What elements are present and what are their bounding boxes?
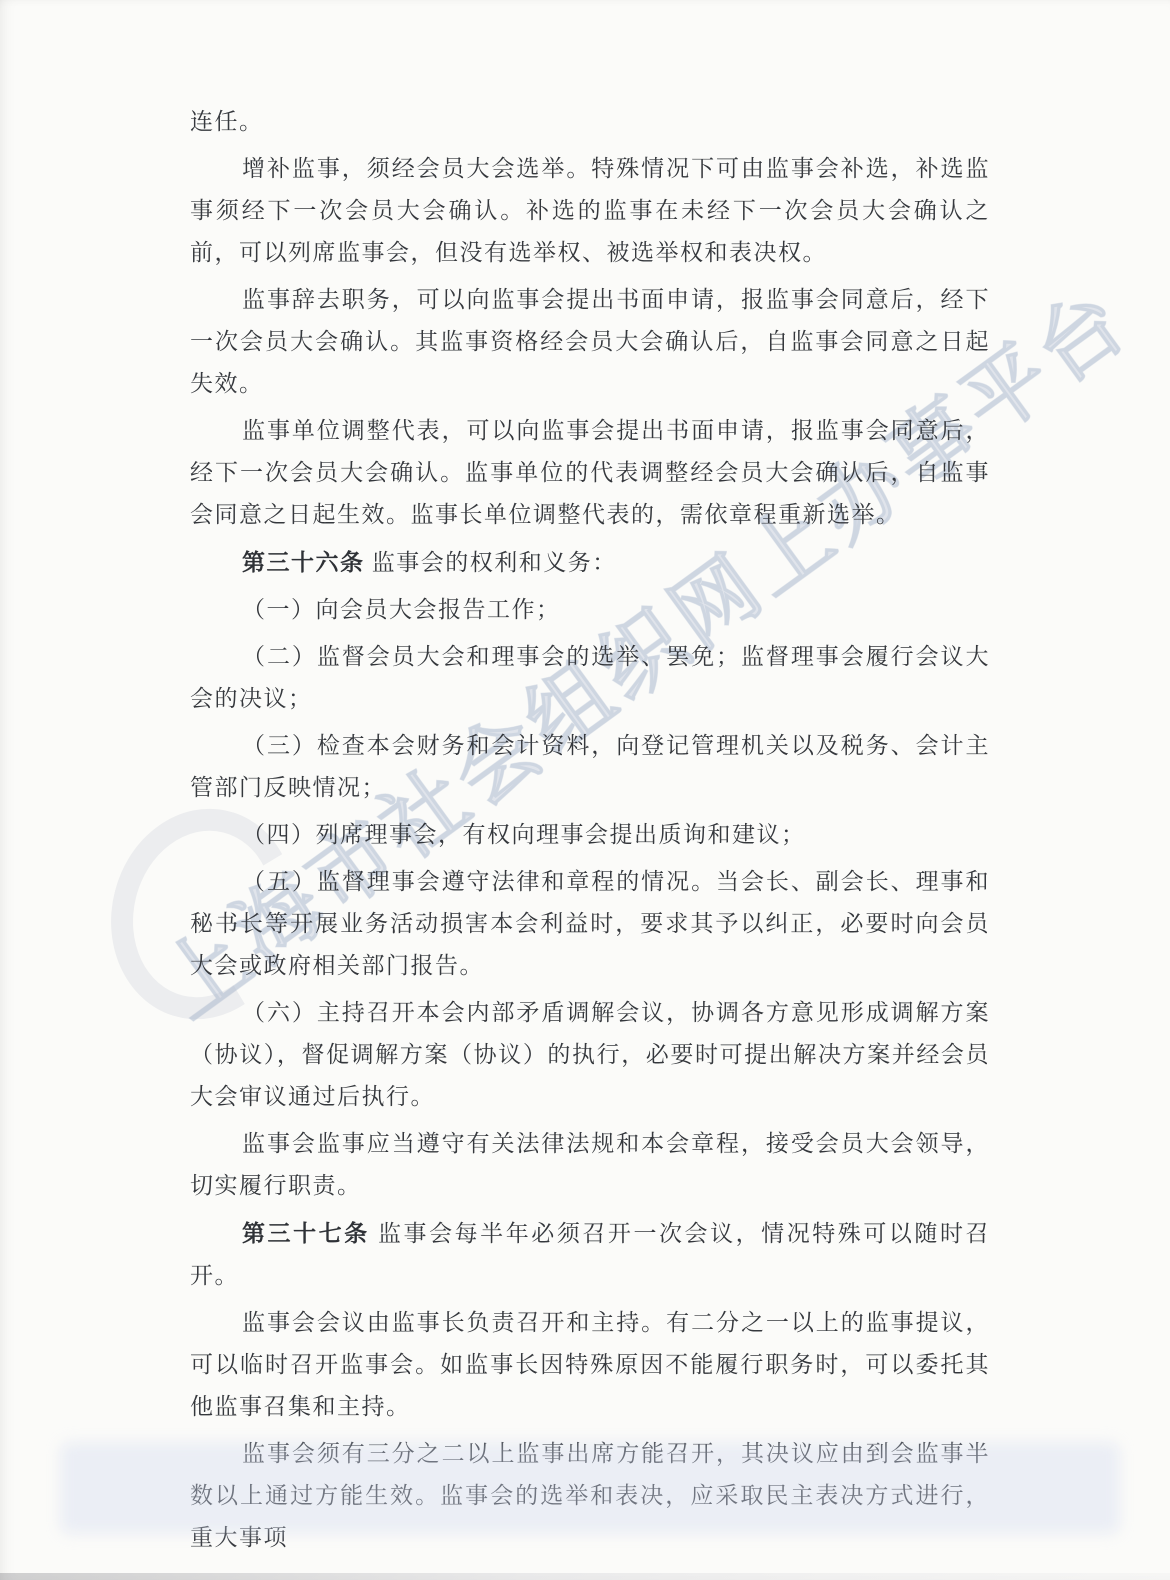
paragraph-text: 监事会监事应当遵守有关法律法规和本会章程，接受会员大会领导，切实履行职责。 <box>190 1131 990 1198</box>
scanned-document-page: 上海市社会组织网上办事平台 连任。增补监事，须经会员大会选举。特殊情况下可由监事… <box>0 0 1170 1580</box>
paragraph: 第三十七条 监事会每半年必须召开一次会议，情况特殊可以随时召开。 <box>190 1212 990 1297</box>
paragraph: （二）监督会员大会和理事会的选举、罢免；监督理事会履行会议大会的决议； <box>190 636 990 720</box>
paragraph: 增补监事，须经会员大会选举。特殊情况下可由监事会补选，补选监事须经下一次会员大会… <box>190 148 990 274</box>
scan-bottom-edge <box>0 1573 1170 1580</box>
paragraph-text: 增补监事，须经会员大会选举。特殊情况下可由监事会补选，补选监事须经下一次会员大会… <box>190 156 990 265</box>
article-number: 第三十六条 <box>242 549 365 575</box>
paragraph-text: 监事会须有三分之二以上监事出席方能召开，其决议应由到会监事半数以上通过方能生效。… <box>190 1441 990 1550</box>
paragraph-text: 连任。 <box>190 109 264 134</box>
document-body: 连任。增补监事，须经会员大会选举。特殊情况下可由监事会补选，补选监事须经下一次会… <box>190 101 990 1564</box>
paragraph: （四）列席理事会，有权向理事会提出质询和建议； <box>190 814 990 856</box>
paragraph-text: （六）主持召开本会内部矛盾调解会议，协调各方意见形成调解方案（协议），督促调解方… <box>190 1000 990 1109</box>
paragraph: （六）主持召开本会内部矛盾调解会议，协调各方意见形成调解方案（协议），督促调解方… <box>190 992 990 1118</box>
paragraph-text: （二）监督会员大会和理事会的选举、罢免；监督理事会履行会议大会的决议； <box>190 644 990 711</box>
paragraph: 监事会监事应当遵守有关法律法规和本会章程，接受会员大会领导，切实履行职责。 <box>190 1123 990 1207</box>
paragraph: 连任。 <box>190 101 990 143</box>
paragraph-text: （三）检查本会财务和会计资料，向登记管理机关以及税务、会计主管部门反映情况； <box>190 733 990 800</box>
paragraph: 监事辞去职务，可以向监事会提出书面申请，报监事会同意后，经下一次会员大会确认。其… <box>190 279 990 405</box>
paragraph-text: （四）列席理事会，有权向理事会提出质询和建议； <box>242 822 806 847</box>
paragraph: （五）监督理事会遵守法律和章程的情况。当会长、副会长、理事和秘书长等开展业务活动… <box>190 861 990 987</box>
paragraph: 监事单位调整代表，可以向监事会提出书面申请，报监事会同意后，经下一次会员大会确认… <box>190 410 990 536</box>
paragraph-text: 监事辞去职务，可以向监事会提出书面申请，报监事会同意后，经下一次会员大会确认。其… <box>190 287 990 396</box>
paragraph-text: 监事单位调整代表，可以向监事会提出书面申请，报监事会同意后，经下一次会员大会确认… <box>190 418 990 527</box>
paragraph-text: （一）向会员大会报告工作； <box>242 597 561 622</box>
paragraph: 监事会会议由监事长负责召开和主持。有二分之一以上的监事提议，可以临时召开监事会。… <box>190 1302 990 1428</box>
paragraph: （三）检查本会财务和会计资料，向登记管理机关以及税务、会计主管部门反映情况； <box>190 725 990 809</box>
paragraph-text: 监事会会议由监事长负责召开和主持。有二分之一以上的监事提议，可以临时召开监事会。… <box>190 1310 990 1419</box>
paragraph: 监事会须有三分之二以上监事出席方能召开，其决议应由到会监事半数以上通过方能生效。… <box>190 1433 990 1559</box>
paragraph-text: （五）监督理事会遵守法律和章程的情况。当会长、副会长、理事和秘书长等开展业务活动… <box>190 869 990 978</box>
article-number: 第三十七条 <box>242 1220 370 1246</box>
paragraph-text: 监事会的权利和义务： <box>365 550 617 575</box>
paragraph: （一）向会员大会报告工作； <box>190 589 990 631</box>
paragraph: 第三十六条 监事会的权利和义务： <box>190 541 990 584</box>
